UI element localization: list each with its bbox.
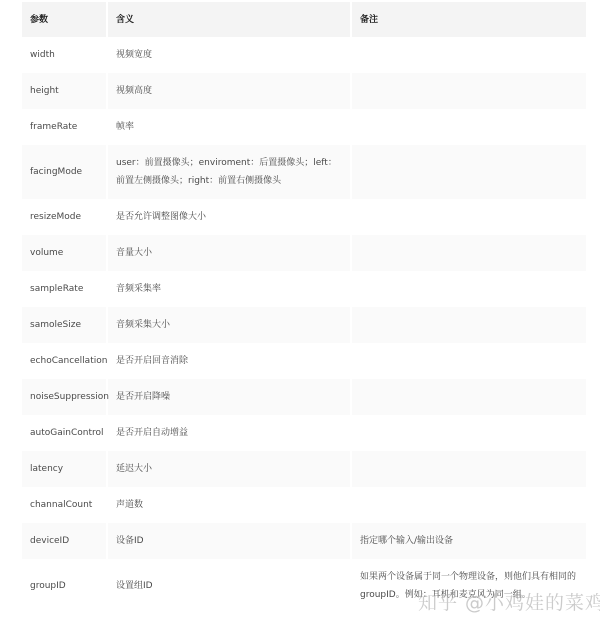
table-row: facingMode user：前置摄像头；enviroment：后置摄像头；l… (22, 145, 586, 199)
param-cell: volume (22, 235, 108, 271)
table-row: echoCancellation 是否开启回音消除 (22, 343, 586, 379)
note-cell (352, 415, 586, 451)
meaning-cell: 音频采集率 (108, 271, 352, 307)
param-cell: facingMode (22, 145, 108, 199)
meaning-cell: 视频高度 (108, 73, 352, 109)
table-row: latency 延迟大小 (22, 451, 586, 487)
param-cell: width (22, 37, 108, 73)
note-cell (352, 73, 586, 109)
note-cell (352, 199, 586, 235)
note-cell (352, 451, 586, 487)
parameter-table-container: 参数 含义 备注 width 视频宽度 height 视频高度 frameRat… (22, 2, 586, 613)
meaning-cell: 是否允许调整图像大小 (108, 199, 352, 235)
meaning-cell: 声道数 (108, 487, 352, 523)
table-row: height 视频高度 (22, 73, 586, 109)
meaning-cell: 帧率 (108, 109, 352, 145)
meaning-cell: 视频宽度 (108, 37, 352, 73)
note-cell (352, 37, 586, 73)
table-row: deviceID 设备ID 指定哪个输入/输出设备 (22, 523, 586, 559)
param-cell: sampleRate (22, 271, 108, 307)
table-row: autoGainControl 是否开启自动增益 (22, 415, 586, 451)
meaning-cell: user：前置摄像头；enviroment：后置摄像头；left：前置左侧摄像头… (108, 145, 352, 199)
param-cell: resizeMode (22, 199, 108, 235)
meaning-cell: 音量大小 (108, 235, 352, 271)
param-cell: latency (22, 451, 108, 487)
table-row: volume 音量大小 (22, 235, 586, 271)
meaning-cell: 设置组ID (108, 559, 352, 613)
meaning-cell: 延迟大小 (108, 451, 352, 487)
param-cell: autoGainControl (22, 415, 108, 451)
note-cell (352, 235, 586, 271)
table-row: groupID 设置组ID 如果两个设备属于同一个物理设备，则他们具有相同的gr… (22, 559, 586, 613)
note-cell (352, 307, 586, 343)
table-row: noiseSuppression 是否开启降噪 (22, 379, 586, 415)
note-cell (352, 271, 586, 307)
table-row: resizeMode 是否允许调整图像大小 (22, 199, 586, 235)
parameter-table: 参数 含义 备注 width 视频宽度 height 视频高度 frameRat… (22, 2, 586, 613)
table-row: width 视频宽度 (22, 37, 586, 73)
header-note: 备注 (352, 2, 586, 37)
note-cell (352, 145, 586, 199)
note-cell (352, 379, 586, 415)
param-cell: noiseSuppression (22, 379, 108, 415)
note-cell: 如果两个设备属于同一个物理设备，则他们具有相同的groupID。例如：耳机和麦克… (352, 559, 586, 613)
meaning-cell: 是否开启自动增益 (108, 415, 352, 451)
meaning-cell: 是否开启降噪 (108, 379, 352, 415)
param-cell: channalCount (22, 487, 108, 523)
table-row: channalCount 声道数 (22, 487, 586, 523)
header-param: 参数 (22, 2, 108, 37)
meaning-cell: 是否开启回音消除 (108, 343, 352, 379)
param-cell: height (22, 73, 108, 109)
table-row: sampleRate 音频采集率 (22, 271, 586, 307)
param-cell: groupID (22, 559, 108, 613)
table-row: samoleSize 音频采集大小 (22, 307, 586, 343)
note-cell (352, 487, 586, 523)
param-cell: echoCancellation (22, 343, 108, 379)
note-cell: 指定哪个输入/输出设备 (352, 523, 586, 559)
meaning-cell: 设备ID (108, 523, 352, 559)
param-cell: frameRate (22, 109, 108, 145)
table-header-row: 参数 含义 备注 (22, 2, 586, 37)
note-cell (352, 109, 586, 145)
meaning-cell: 音频采集大小 (108, 307, 352, 343)
table-row: frameRate 帧率 (22, 109, 586, 145)
note-cell (352, 343, 586, 379)
param-cell: deviceID (22, 523, 108, 559)
param-cell: samoleSize (22, 307, 108, 343)
header-meaning: 含义 (108, 2, 352, 37)
